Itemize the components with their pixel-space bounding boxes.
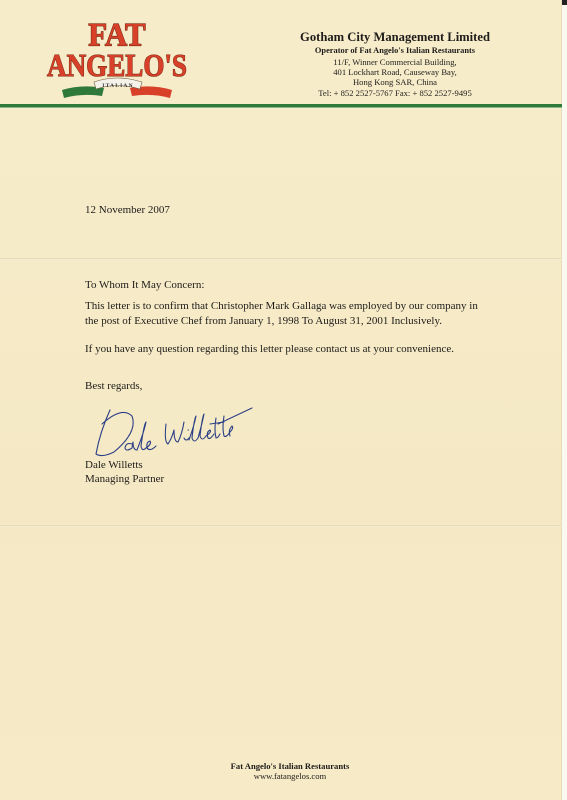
contact-line: Tel: + 852 2527-5767 Fax: + 852 2527-949… [272, 88, 518, 98]
salutation: To Whom It May Concern: [85, 279, 204, 291]
letterhead: Gotham City Management Limited Operator … [272, 31, 518, 98]
signer-block: Dale Willetts Managing Partner [85, 458, 164, 486]
address-line: 11/F, Winner Commercial Building, [272, 57, 518, 67]
svg-text:ITALIAN: ITALIAN [102, 83, 134, 89]
fold-line [0, 258, 562, 260]
fat-angelos-logo: ITALIAN FAT ANGELO'S [42, 14, 192, 100]
closing: Best regards, [85, 380, 142, 392]
page-edge [561, 0, 567, 800]
address-line: 401 Lockhart Road, Causeway Bay, [272, 67, 518, 77]
company-name: Gotham City Management Limited [272, 31, 518, 44]
paragraph-line: This letter is to confirm that Christoph… [85, 299, 545, 314]
letter-date: 12 November 2007 [85, 204, 170, 216]
handwritten-signature [92, 402, 267, 462]
svg-text:ANGELO'S: ANGELO'S [47, 47, 187, 83]
signer-name: Dale Willetts [85, 458, 164, 472]
body-paragraph-employment: This letter is to confirm that Christoph… [85, 299, 545, 328]
address-line: Hong Kong SAR, China [272, 77, 518, 87]
letter-footer: Fat Angelo's Italian Restaurants www.fat… [200, 762, 380, 781]
operator-line: Operator of Fat Angelo's Italian Restaur… [272, 47, 518, 55]
paragraph-line: If you have any question regarding this … [85, 342, 545, 357]
scan-corner [562, 0, 567, 5]
letterhead-rule [0, 104, 562, 108]
body-paragraph-contact: If you have any question regarding this … [85, 342, 545, 357]
letter-paper [0, 0, 562, 800]
footer-website-link[interactable]: www.fatangelos.com [200, 772, 380, 782]
signer-title: Managing Partner [85, 472, 164, 486]
fold-line [0, 525, 562, 527]
paragraph-line: the post of Executive Chef from January … [85, 314, 545, 329]
